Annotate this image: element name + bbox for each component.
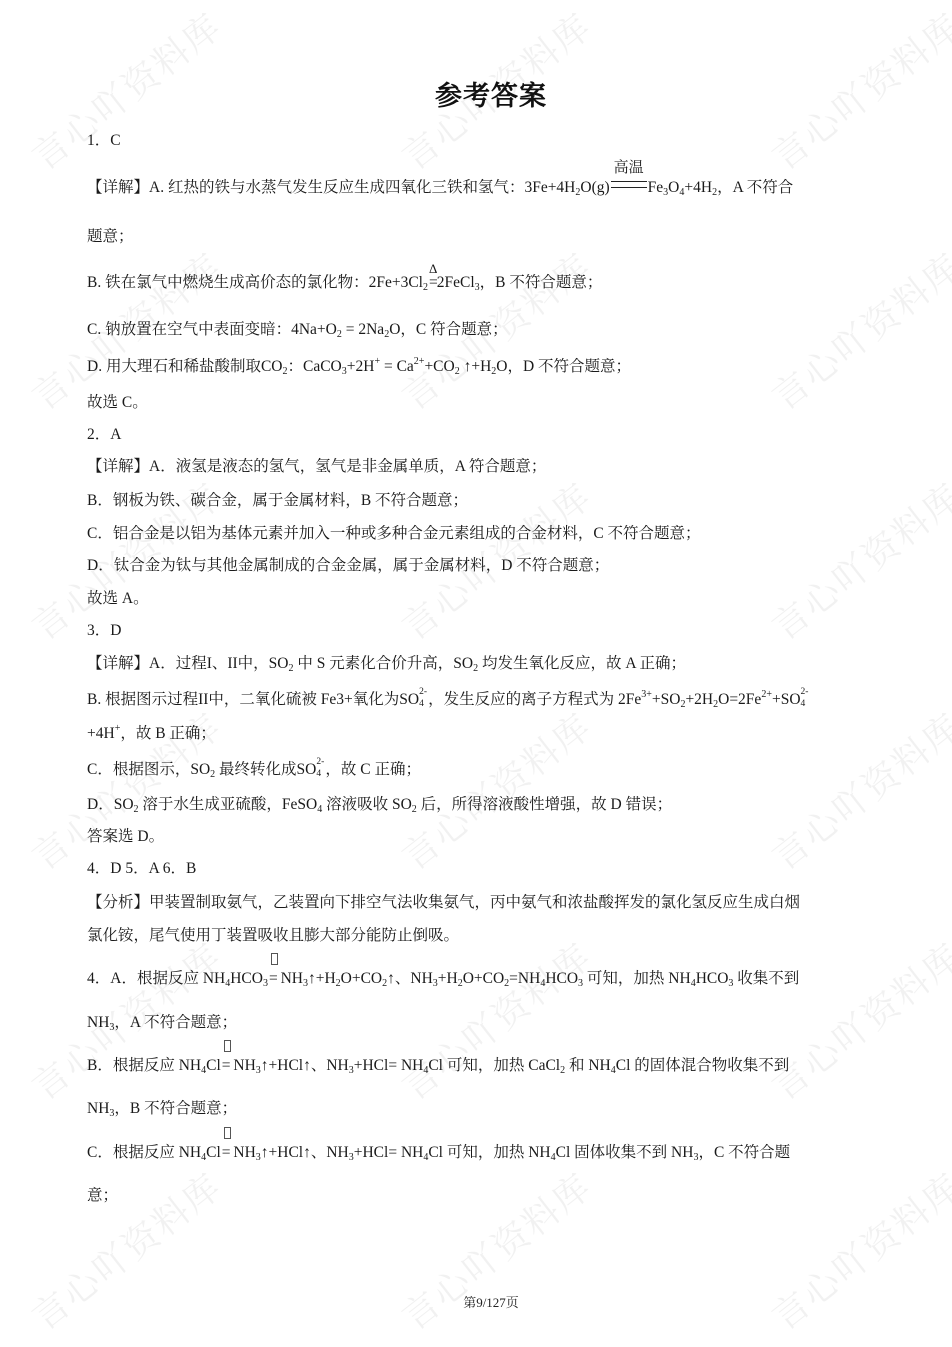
page-number: 第9/127页 xyxy=(0,1292,952,1311)
text-line: 意； xyxy=(87,1186,118,1206)
text-line: 【详解】A．液氢是液态的氢气，氢气是非金属单质，A 符合题意； xyxy=(87,457,546,477)
text-line: 4．D 5．A 6．B xyxy=(87,859,196,879)
text-line: 【分析】甲装置制取氨气，乙装置向下排空气法收集氨气，丙中氨气和浓盐酸挥发的氯化氢… xyxy=(87,893,800,913)
text-line: 题意； xyxy=(87,227,134,247)
missing-glyph-icon xyxy=(224,1040,231,1052)
text-line: B. 铁在氯气中燃烧生成高价态的氯化物：2Fe+3Cl2Δ=2FeCl3，B 不… xyxy=(87,273,602,293)
watermark-text: 言心吖资料库 xyxy=(760,470,952,651)
text-line: NH3，B 不符合题意； xyxy=(87,1099,237,1119)
text-line: D．钛合金为钛与其他金属制成的合金金属，属于金属材料，D 不符合题意； xyxy=(87,556,609,576)
text-line: C. 钠放置在空气中表面变暗：4Na+O2 = 2Na2O，C 符合题意； xyxy=(87,320,508,340)
text-line: D. 用大理石和稀盐酸制取CO2：CaCO3+2H+ = Ca2++CO2 ↑+… xyxy=(87,357,631,377)
text-line: B．钢板为铁、碳合金，属于金属材料，B 不符合题意； xyxy=(87,491,468,511)
text-line: 【详解】A. 红热的铁与水蒸气发生反应生成四氧化三铁和氢气：3Fe+4H2O(g… xyxy=(87,178,793,198)
text-line: NH3，A 不符合题意； xyxy=(87,1013,237,1033)
watermark-text: 言心吖资料库 xyxy=(390,700,601,881)
text-line: B. 根据图示过程II中，二氧化硫被 Fe3+氧化为SO2-4，发生反应的离子方… xyxy=(87,690,810,710)
page-title: 参考答案 xyxy=(0,74,952,113)
text-line: 4．A．根据反应 NH4HCO3= NH3↑+H2O+CO2↑、NH3+H2O+… xyxy=(87,969,799,989)
missing-glyph-icon xyxy=(271,953,278,965)
text-line: 3．D xyxy=(87,621,121,641)
reaction-condition: Δ= xyxy=(429,273,436,293)
watermark-text: 言心吖资料库 xyxy=(390,1160,601,1341)
watermark-text: 言心吖资料库 xyxy=(760,930,952,1111)
reaction-condition: = xyxy=(222,1056,229,1076)
text-line: 故选 C。 xyxy=(87,393,148,413)
text-line: 2．A xyxy=(87,425,121,445)
text-line: D．SO2 溶于水生成亚硫酸，FeSO4 溶液吸收 SO2 后，所得溶液酸性增强… xyxy=(87,795,672,815)
reaction-condition: 高温 xyxy=(611,178,647,198)
ion-charge: 2-4 xyxy=(801,693,810,707)
text-line: +4H+，故 B 正确； xyxy=(87,724,216,744)
watermark-text: 言心吖资料库 xyxy=(760,240,952,421)
watermark-text: 言心吖资料库 xyxy=(760,1160,952,1341)
text-line: 答案选 D。 xyxy=(87,827,164,847)
text-line: C．根据反应 NH4Cl= NH3↑+HCl↑、NH3+HCl= NH4Cl 可… xyxy=(87,1143,790,1163)
text-line: 氯化铵，尾气使用丁装置吸收且膨大部分能防止倒吸。 xyxy=(87,926,459,946)
watermark-text: 言心吖资料库 xyxy=(390,930,601,1111)
text-line: 故选 A。 xyxy=(87,589,149,609)
text-line: 【详解】A．过程I、II中，SO2 中 S 元素化合价升高，SO2 均发生氧化反… xyxy=(87,654,686,674)
reaction-condition: = xyxy=(222,1143,229,1163)
text-line: C．铝合金是以铝为基体元素并加入一种或多种合金元素组成的合金材料，C 不符合题意… xyxy=(87,524,701,544)
missing-glyph-icon xyxy=(224,1127,231,1139)
ion-charge: 2-4 xyxy=(419,693,428,707)
reaction-condition: = xyxy=(269,969,276,989)
text-line: 1．C xyxy=(87,131,121,151)
watermark-text: 言心吖资料库 xyxy=(20,1160,231,1341)
text-line: B．根据反应 NH4Cl= NH3↑+HCl↑、NH3+HCl= NH4Cl 可… xyxy=(87,1056,789,1076)
ion-charge: 2-4 xyxy=(316,763,325,777)
text-line: C．根据图示，SO2 最终转化成SO2-4，故 C 正确； xyxy=(87,760,421,780)
watermark-text: 言心吖资料库 xyxy=(760,700,952,881)
